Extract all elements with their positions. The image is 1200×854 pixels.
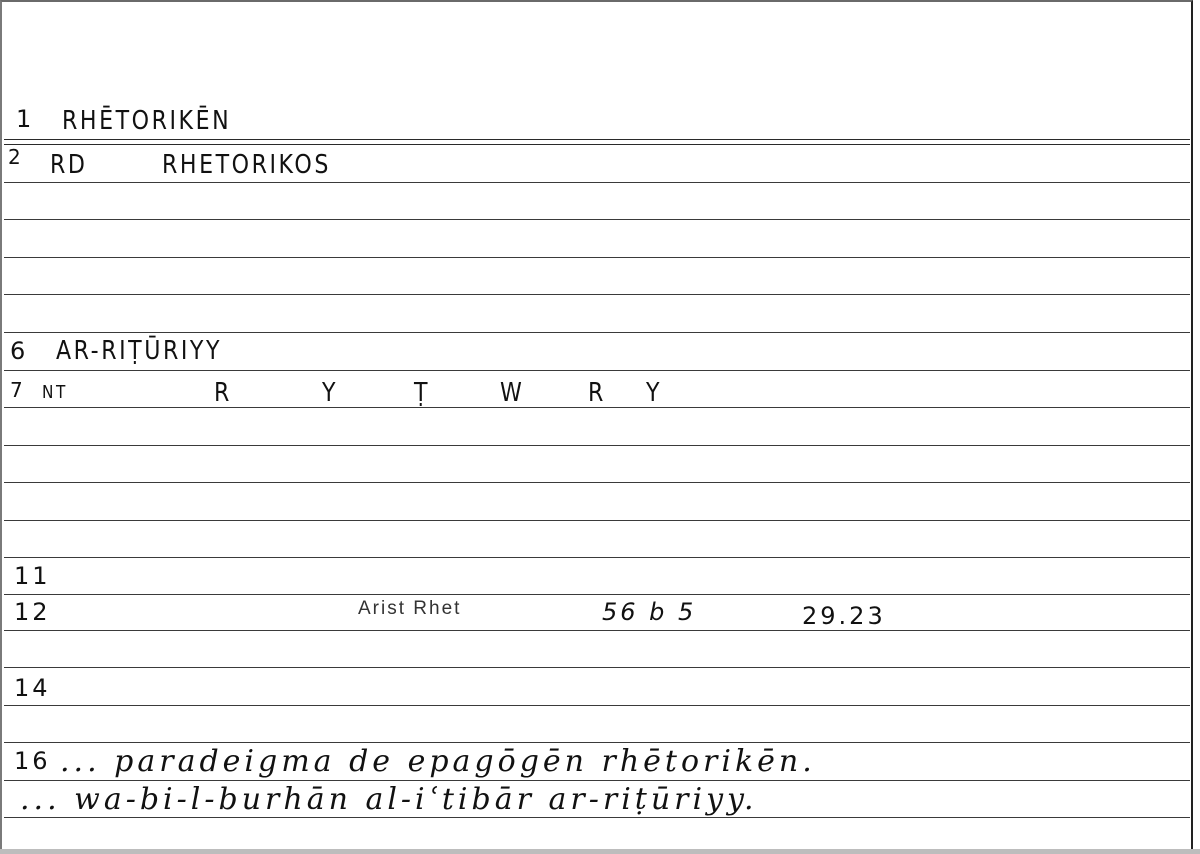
rule-line bbox=[4, 294, 1190, 295]
rule-line bbox=[4, 594, 1190, 595]
rule-line bbox=[4, 182, 1190, 183]
line-number-7: 7 bbox=[10, 378, 26, 402]
rule-line bbox=[4, 705, 1190, 706]
root-letter: W bbox=[500, 378, 524, 408]
rule-line bbox=[4, 817, 1190, 818]
arabic-quotation: ... wa-bi-l-burhān al-iʿtibār ar-riṭūriy… bbox=[20, 782, 758, 817]
scan-edge bbox=[0, 849, 1200, 854]
line-number-14: 14 bbox=[14, 674, 51, 702]
line-number-2: 2 bbox=[8, 145, 24, 169]
root-letter: R bbox=[588, 378, 606, 408]
rule-line bbox=[4, 144, 1190, 145]
page-line-reference: 29.23 bbox=[802, 602, 886, 630]
line-number-11: 11 bbox=[14, 562, 51, 590]
rule-line bbox=[4, 742, 1190, 743]
line-number-12: 12 bbox=[14, 598, 51, 626]
rule-line bbox=[4, 370, 1190, 371]
line-number-1: 1 bbox=[16, 105, 34, 133]
source-reference: Arist Rhet bbox=[358, 598, 461, 620]
rule-line bbox=[4, 219, 1190, 220]
rule-line bbox=[4, 332, 1190, 333]
greek-quotation: ... paradeigma de epagōgēn rhētorikēn. bbox=[60, 744, 816, 779]
rule-line bbox=[4, 780, 1190, 781]
rule-line bbox=[4, 482, 1190, 483]
rule-line bbox=[4, 557, 1190, 558]
line-label-rd: RD bbox=[50, 150, 87, 180]
line-number-16: 16 bbox=[14, 747, 51, 775]
bekker-reference: 56 b 5 bbox=[602, 598, 696, 626]
line-number-6: 6 bbox=[10, 337, 28, 365]
root-derivation: RHETORIKOS bbox=[162, 150, 331, 180]
line-label-nt: NT bbox=[42, 382, 68, 403]
index-card: 1 RHĒTORIKĒN 2 RD RHETORIKOS 6 AR-RIṬŪRI… bbox=[0, 0, 1193, 852]
rule-line bbox=[4, 445, 1190, 446]
rule-line bbox=[4, 520, 1190, 521]
lemma-greek: RHĒTORIKĒN bbox=[62, 106, 231, 136]
rule-line bbox=[4, 257, 1190, 258]
rule-line bbox=[4, 630, 1190, 631]
arabic-lemma: AR-RIṬŪRIYY bbox=[56, 336, 222, 366]
rule-line bbox=[4, 667, 1190, 668]
root-letter: R bbox=[214, 378, 232, 408]
rule-line bbox=[4, 139, 1190, 140]
root-letter: Y bbox=[322, 378, 338, 408]
root-letter: Ṭ bbox=[414, 378, 430, 408]
root-letter: Y bbox=[646, 378, 662, 408]
